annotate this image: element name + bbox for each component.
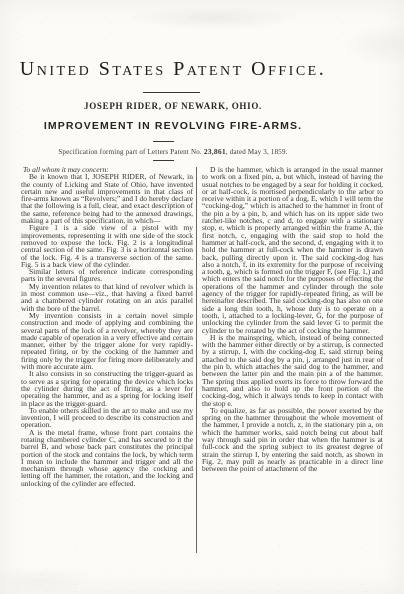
title-divider-rule xyxy=(143,92,200,93)
column-left: To all whom it may concern: Be it known … xyxy=(21,166,193,487)
paragraph-enable-others: To enable others skilled in the art to m… xyxy=(21,407,193,429)
specification-suffix: , dated May 3, 1859. xyxy=(226,148,288,156)
specification-line: Specification forming part of Letters Pa… xyxy=(0,147,346,156)
paragraph-invention-consists: My invention consists in a certain novel… xyxy=(21,312,193,370)
page-title: United States Patent Office. xyxy=(0,58,346,81)
paragraph-preamble: Be it known that I, JOSEPH RIDER, of New… xyxy=(21,173,193,224)
paragraph-figures: Figure 1 is a side view of a pistol with… xyxy=(21,224,193,268)
section-divider-bottom xyxy=(153,160,174,161)
patent-number: 23,861 xyxy=(204,147,226,156)
document-body: To all whom it may concern: Be it known … xyxy=(21,166,383,558)
paragraph-frame-description: A is the metal frame, whose front part c… xyxy=(21,429,193,487)
paragraph-invention-relates: My invention relates to that kind of rev… xyxy=(21,283,193,312)
specification-prefix: Specification forming part of Letters Pa… xyxy=(58,148,203,156)
paragraph-mainspring: H is the mainspring, which, instead of b… xyxy=(202,334,383,407)
invention-title: IMPROVEMENT IN REVOLVING FIRE-ARMS. xyxy=(0,120,346,132)
inventor-line: JOSEPH RIDER, OF NEWARK, OHIO. xyxy=(0,101,346,111)
section-divider-top xyxy=(153,141,174,142)
paragraph-reference-letters: Similar letters of reference indicate co… xyxy=(21,268,193,283)
patent-document-page: United States Patent Office. JOSEPH RIDE… xyxy=(0,0,404,594)
column-divider-rule xyxy=(196,167,197,553)
paragraph-trigger-guard: It also consists in so constructing the … xyxy=(21,370,193,406)
column-right: D is the hammer, which is arranged in th… xyxy=(202,166,383,472)
paragraph-hammer-cocking-dog: D is the hammer, which is arranged in th… xyxy=(202,166,383,334)
paragraph-equalize-power: To equalize, as far as possible, the pow… xyxy=(202,407,383,473)
